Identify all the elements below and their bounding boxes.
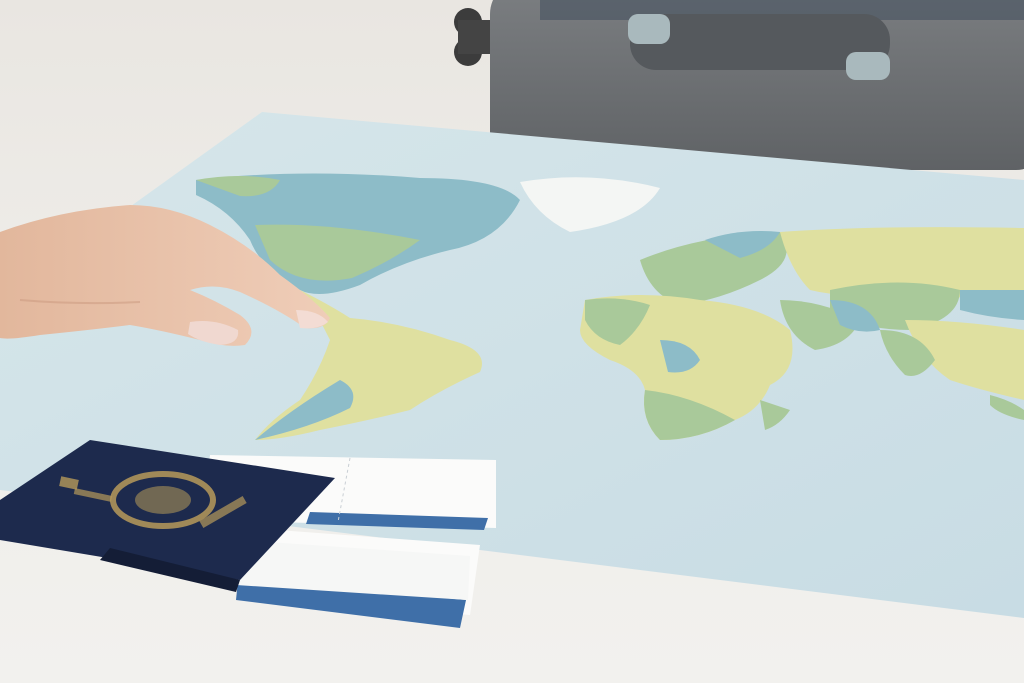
scene-svg <box>0 0 1024 683</box>
travel-scene <box>0 0 1024 683</box>
